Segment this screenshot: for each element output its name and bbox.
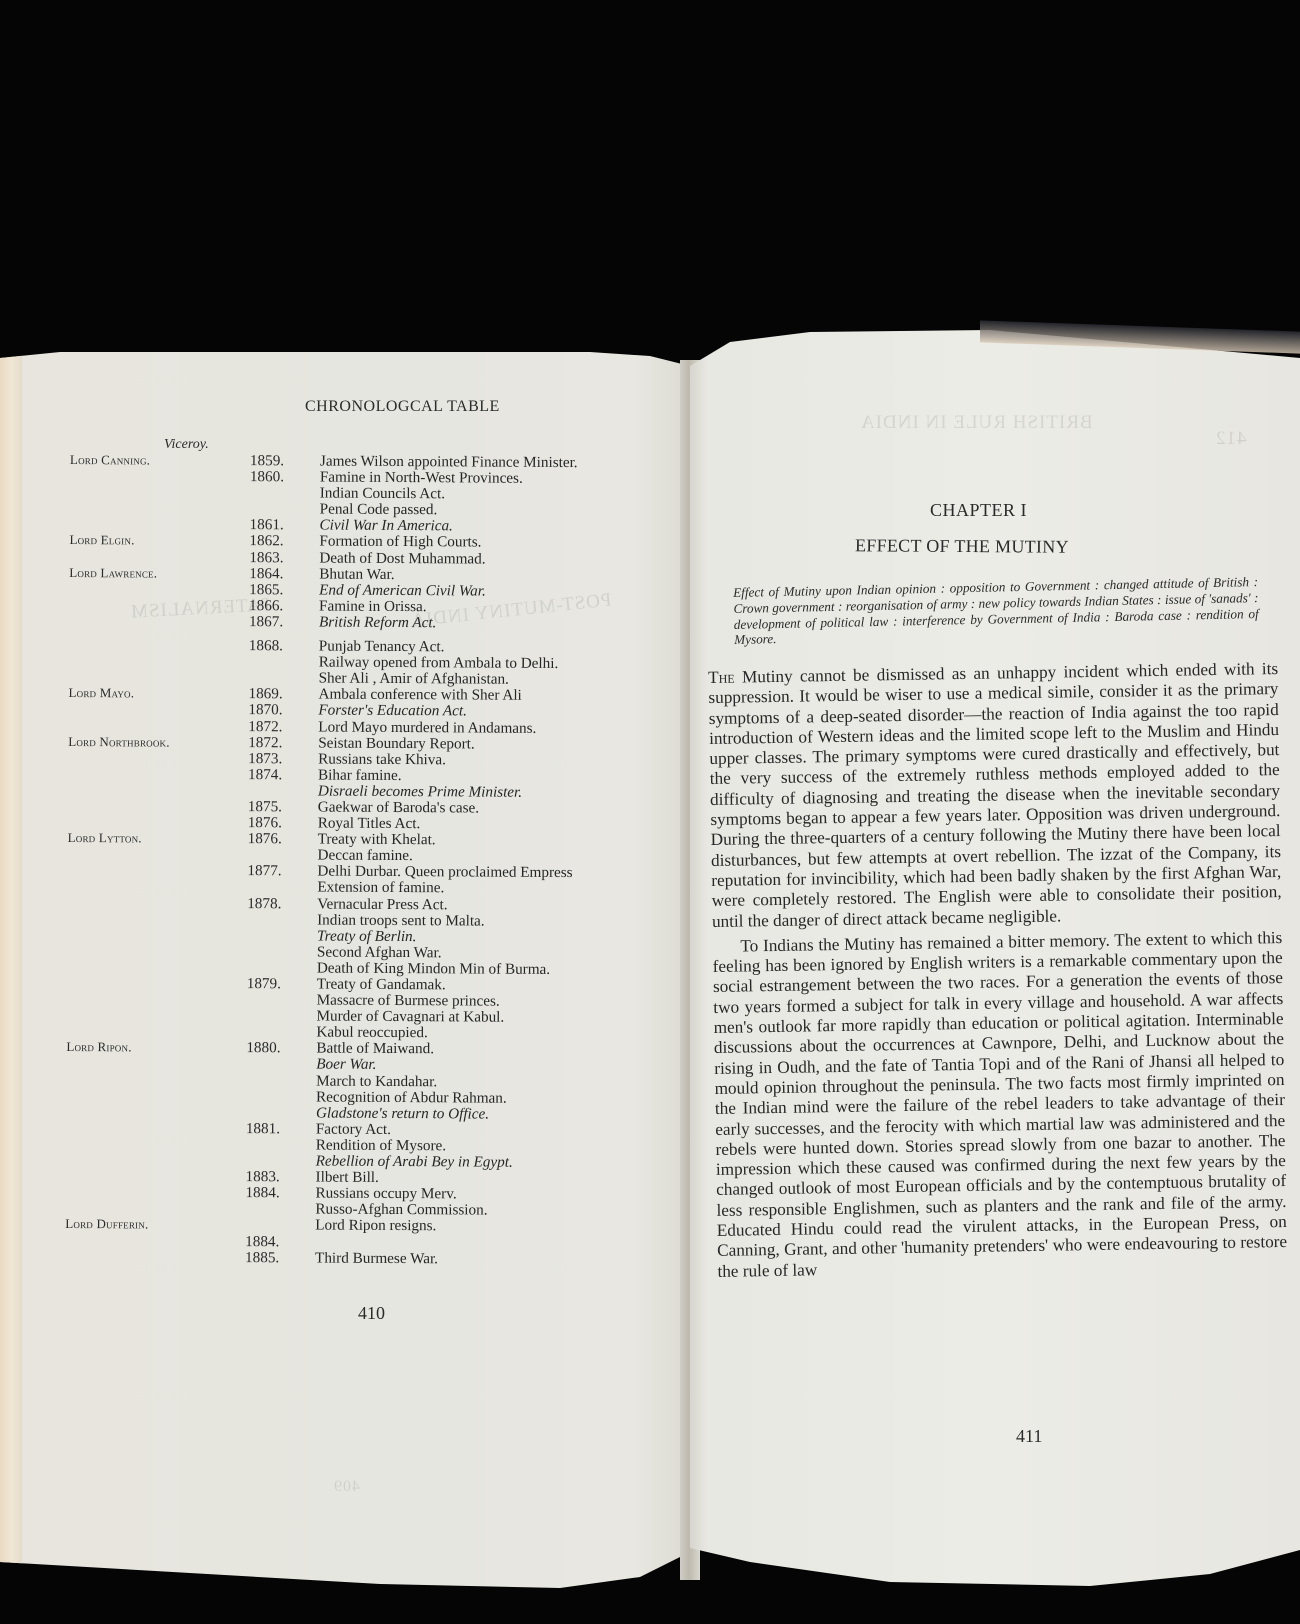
event-cell: Boer War. bbox=[316, 1057, 376, 1073]
viceroy-cell bbox=[70, 484, 250, 501]
viceroy-cell bbox=[69, 637, 249, 654]
viceroy-cell bbox=[67, 846, 247, 863]
viceroy-cell bbox=[68, 701, 248, 718]
viceroy-cell bbox=[66, 1023, 246, 1040]
year-cell: 1883. bbox=[246, 1169, 316, 1186]
year-cell: 1878. bbox=[247, 896, 317, 913]
year-cell bbox=[245, 1217, 315, 1234]
viceroy-cell bbox=[68, 798, 248, 815]
viceroy-cell bbox=[66, 1136, 246, 1153]
event-cell: Deccan famine. bbox=[317, 848, 412, 865]
viceroy-cell: Lord Ripon. bbox=[66, 1039, 246, 1056]
year-cell bbox=[245, 1201, 315, 1218]
event-cell: Vernacular Press Act. bbox=[317, 896, 447, 913]
viceroy-cell bbox=[66, 1055, 246, 1072]
viceroy-cell bbox=[65, 1200, 245, 1217]
event-cell: Bhutan War. bbox=[319, 566, 394, 583]
viceroy-cell bbox=[68, 750, 248, 767]
paragraph-2-text: To Indians the Mutiny has remained a bit… bbox=[713, 928, 1288, 1281]
viceroy-cell: Lord Elgin. bbox=[69, 532, 249, 549]
viceroy-cell: Lord Dufferin. bbox=[65, 1216, 245, 1233]
year-cell bbox=[247, 1008, 317, 1025]
viceroy-column-header: Viceroy. bbox=[164, 437, 209, 453]
year-cell: 1879. bbox=[247, 976, 317, 993]
page-number-right: 411 bbox=[1016, 1426, 1042, 1447]
year-cell bbox=[246, 1024, 316, 1041]
viceroy-cell: Lord Canning. bbox=[70, 452, 250, 469]
year-cell bbox=[250, 501, 320, 518]
viceroy-cell bbox=[70, 468, 250, 485]
viceroy-cell bbox=[66, 1088, 246, 1105]
year-cell: 1872. bbox=[248, 735, 318, 752]
viceroy-cell bbox=[69, 653, 249, 670]
table-row: 1867.British Reform Act. bbox=[69, 613, 659, 633]
viceroy-cell bbox=[66, 1072, 246, 1089]
viceroy-cell bbox=[66, 1152, 246, 1169]
viceroy-cell bbox=[65, 1249, 245, 1266]
year-cell: 1884. bbox=[245, 1185, 315, 1202]
viceroy-cell bbox=[67, 927, 247, 944]
chronological-table: Lord Canning.1859.James Wilson appointed… bbox=[65, 452, 660, 1268]
viceroy-cell bbox=[67, 1007, 247, 1024]
chapter-title: EFFECT OF THE MUTINY bbox=[855, 535, 1069, 557]
viceroy-cell: Lord Lytton. bbox=[68, 830, 248, 847]
year-cell: 1880. bbox=[246, 1040, 316, 1057]
viceroy-cell bbox=[66, 1168, 246, 1185]
paragraph-2: To Indians the Mutiny has remained a bit… bbox=[712, 928, 1287, 1282]
viceroy-cell: Lord Lawrence. bbox=[69, 565, 249, 582]
year-cell bbox=[250, 485, 320, 502]
chapter-body: The Mutiny cannot be dismissed as an unh… bbox=[708, 659, 1288, 1282]
year-cell bbox=[247, 880, 317, 897]
year-cell: 1870. bbox=[248, 703, 318, 720]
viceroy-cell bbox=[65, 1184, 245, 1201]
page-number-left: 410 bbox=[358, 1303, 385, 1324]
year-cell: 1865. bbox=[249, 582, 319, 599]
viceroy-cell bbox=[65, 1232, 245, 1249]
year-cell: 1877. bbox=[247, 863, 317, 880]
viceroy-cell bbox=[68, 766, 248, 783]
viceroy-cell bbox=[69, 669, 249, 686]
show-through-left-page-number: 409 bbox=[333, 1478, 360, 1496]
year-cell: 1876. bbox=[248, 831, 318, 848]
year-cell: 1868. bbox=[249, 638, 319, 655]
viceroy-cell bbox=[70, 500, 250, 517]
year-cell: 1864. bbox=[249, 566, 319, 583]
year-cell: 1869. bbox=[248, 686, 318, 703]
chapter-synopsis: Effect of Mutiny upon Indian opinion : o… bbox=[733, 574, 1259, 648]
paragraph-1: The Mutiny cannot be dismissed as an unh… bbox=[708, 659, 1282, 932]
viceroy-cell bbox=[66, 1104, 246, 1121]
paragraph-1-text: Mutiny cannot be dismissed as an unhappy… bbox=[708, 659, 1281, 930]
viceroy-cell: Lord Mayo. bbox=[68, 685, 248, 702]
year-cell bbox=[246, 1057, 316, 1074]
viceroy-cell bbox=[67, 959, 247, 976]
event-cell: Treaty of Berlin. bbox=[317, 928, 417, 945]
viceroy-cell bbox=[67, 895, 247, 912]
year-cell: 1881. bbox=[246, 1121, 316, 1138]
year-cell: 1866. bbox=[249, 598, 319, 615]
year-cell bbox=[246, 1153, 316, 1170]
viceroy-cell bbox=[67, 943, 247, 960]
viceroy-cell bbox=[67, 911, 247, 928]
year-cell bbox=[249, 654, 319, 671]
event-cell: Formation of High Courts. bbox=[319, 534, 481, 551]
year-cell bbox=[247, 944, 317, 961]
year-cell: 1872. bbox=[248, 719, 318, 736]
year-cell: 1861. bbox=[250, 517, 320, 534]
event-cell: Ilbert Bill. bbox=[316, 1170, 379, 1186]
viceroy-cell bbox=[67, 991, 247, 1008]
event-cell: Famine in Orissa. bbox=[319, 598, 427, 615]
year-cell: 1873. bbox=[248, 751, 318, 768]
event-cell: Russians take Khiva. bbox=[318, 751, 446, 768]
viceroy-cell bbox=[70, 516, 250, 533]
event-cell: Extension of famine. bbox=[317, 880, 444, 897]
viceroy-cell bbox=[67, 862, 247, 879]
year-cell bbox=[246, 1073, 316, 1090]
year-cell bbox=[247, 928, 317, 945]
chapter-number: CHAPTER I bbox=[930, 500, 1027, 521]
year-cell: 1876. bbox=[248, 815, 318, 832]
viceroy-cell bbox=[66, 1120, 246, 1137]
event-cell: Forster's Education Act. bbox=[318, 703, 467, 720]
viceroy-cell bbox=[69, 549, 249, 566]
year-cell bbox=[248, 783, 318, 800]
event-cell: Factory Act. bbox=[316, 1121, 391, 1138]
year-cell: 1885. bbox=[245, 1250, 315, 1267]
year-cell: 1867. bbox=[249, 614, 319, 631]
show-through-page-number: 412 bbox=[1215, 428, 1247, 450]
year-cell bbox=[246, 1137, 316, 1154]
year-cell: 1884. bbox=[245, 1234, 315, 1251]
event-cell: March to Kandahar. bbox=[316, 1073, 437, 1090]
running-title: CHRONOLOGCAL TABLE bbox=[305, 398, 500, 416]
viceroy-cell bbox=[69, 581, 249, 598]
paragraph-lead-word: The bbox=[708, 668, 735, 687]
viceroy-cell bbox=[69, 597, 249, 614]
viceroy-cell bbox=[68, 717, 248, 734]
viceroy-cell bbox=[67, 878, 247, 895]
event-cell: British Reform Act. bbox=[319, 614, 437, 631]
event-cell: Death of Dost Muhammad. bbox=[319, 550, 485, 567]
year-cell: 1874. bbox=[248, 767, 318, 784]
year-cell: 1859. bbox=[250, 453, 320, 470]
year-cell: 1862. bbox=[249, 534, 319, 551]
year-cell bbox=[247, 960, 317, 977]
year-cell: 1860. bbox=[250, 469, 320, 486]
event-cell: Third Burmese War. bbox=[315, 1250, 438, 1267]
year-cell: 1875. bbox=[248, 799, 318, 816]
year-cell bbox=[247, 992, 317, 1009]
viceroy-cell bbox=[69, 613, 249, 630]
show-through-running-head: BRITISH RULE IN INDIA bbox=[860, 412, 1093, 434]
event-cell: Lord Ripon resigns. bbox=[315, 1218, 436, 1235]
page-edges bbox=[0, 352, 22, 1588]
event-cell: Bihar famine. bbox=[318, 767, 402, 784]
year-cell bbox=[249, 670, 319, 687]
year-cell: 1863. bbox=[249, 550, 319, 567]
viceroy-cell bbox=[67, 975, 247, 992]
viceroy-cell bbox=[68, 782, 248, 799]
year-cell bbox=[247, 912, 317, 929]
year-cell bbox=[247, 847, 317, 864]
viceroy-cell: Lord Northbrook. bbox=[68, 734, 248, 751]
year-cell bbox=[246, 1089, 316, 1106]
event-cell: Seistan Boundary Report. bbox=[318, 735, 475, 752]
viceroy-cell bbox=[68, 814, 248, 831]
year-cell bbox=[246, 1105, 316, 1122]
